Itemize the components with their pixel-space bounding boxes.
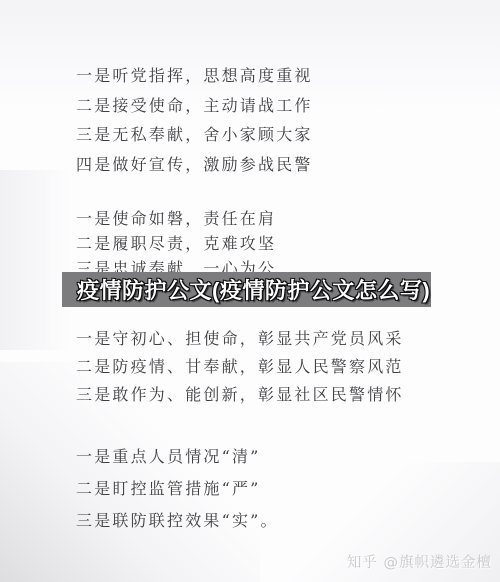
text-line: 二是盯控监管措施“严” bbox=[76, 473, 279, 505]
text-block-control-measures: 一是重点人员情况“清” 二是盯控监管措施“严” 三是联防联控效果“实”。 bbox=[76, 441, 279, 537]
text-line: 一是重点人员情况“清” bbox=[76, 441, 279, 473]
text-block-demonstrate: 一是守初心、担使命，彰显共产党员风采 二是防疫情、甘奉献，彰显人民警察风范 三是… bbox=[76, 325, 404, 409]
document-page: 一是听党指挥，思想高度重视 二是接受使命，主动请战工作 三是无私奉献，舍小家顾大… bbox=[0, 0, 500, 582]
text-block-party-command: 一是听党指挥，思想高度重视 二是接受使命，主动请战工作 三是无私奉献，舍小家顾大… bbox=[76, 61, 313, 179]
text-line: 二是防疫情、甘奉献，彰显人民警察风范 bbox=[76, 353, 404, 381]
zhihu-watermark: 知乎 @旗帜遴选金檀 bbox=[347, 551, 492, 572]
banner-title: 疫情防护公文(疫情防护公文怎么写) bbox=[62, 274, 430, 305]
text-line: 四是做好宣传，激励参战民警 bbox=[76, 150, 313, 180]
text-line: 一是守初心、担使命，彰显共产党员风采 bbox=[76, 325, 404, 353]
text-line: 三是敢作为、能创新，彰显社区民警情怀 bbox=[76, 381, 404, 409]
text-block-mission: 一是使命如磐，责任在肩 二是履职尽责，克难攻坚 三是忠诚奉献，一心为公 bbox=[76, 206, 276, 281]
text-line: 一是使命如磐，责任在肩 bbox=[76, 206, 276, 231]
text-line: 一是听党指挥，思想高度重视 bbox=[76, 61, 313, 91]
text-line: 三是联防联控效果“实”。 bbox=[76, 505, 279, 537]
text-line: 二是接受使命，主动请战工作 bbox=[76, 91, 313, 121]
text-line: 三是无私奉献，舍小家顾大家 bbox=[76, 120, 313, 150]
title-banner: 疫情防护公文(疫情防护公文怎么写) bbox=[62, 272, 431, 307]
text-line: 二是履职尽责，克难攻坚 bbox=[76, 231, 276, 256]
